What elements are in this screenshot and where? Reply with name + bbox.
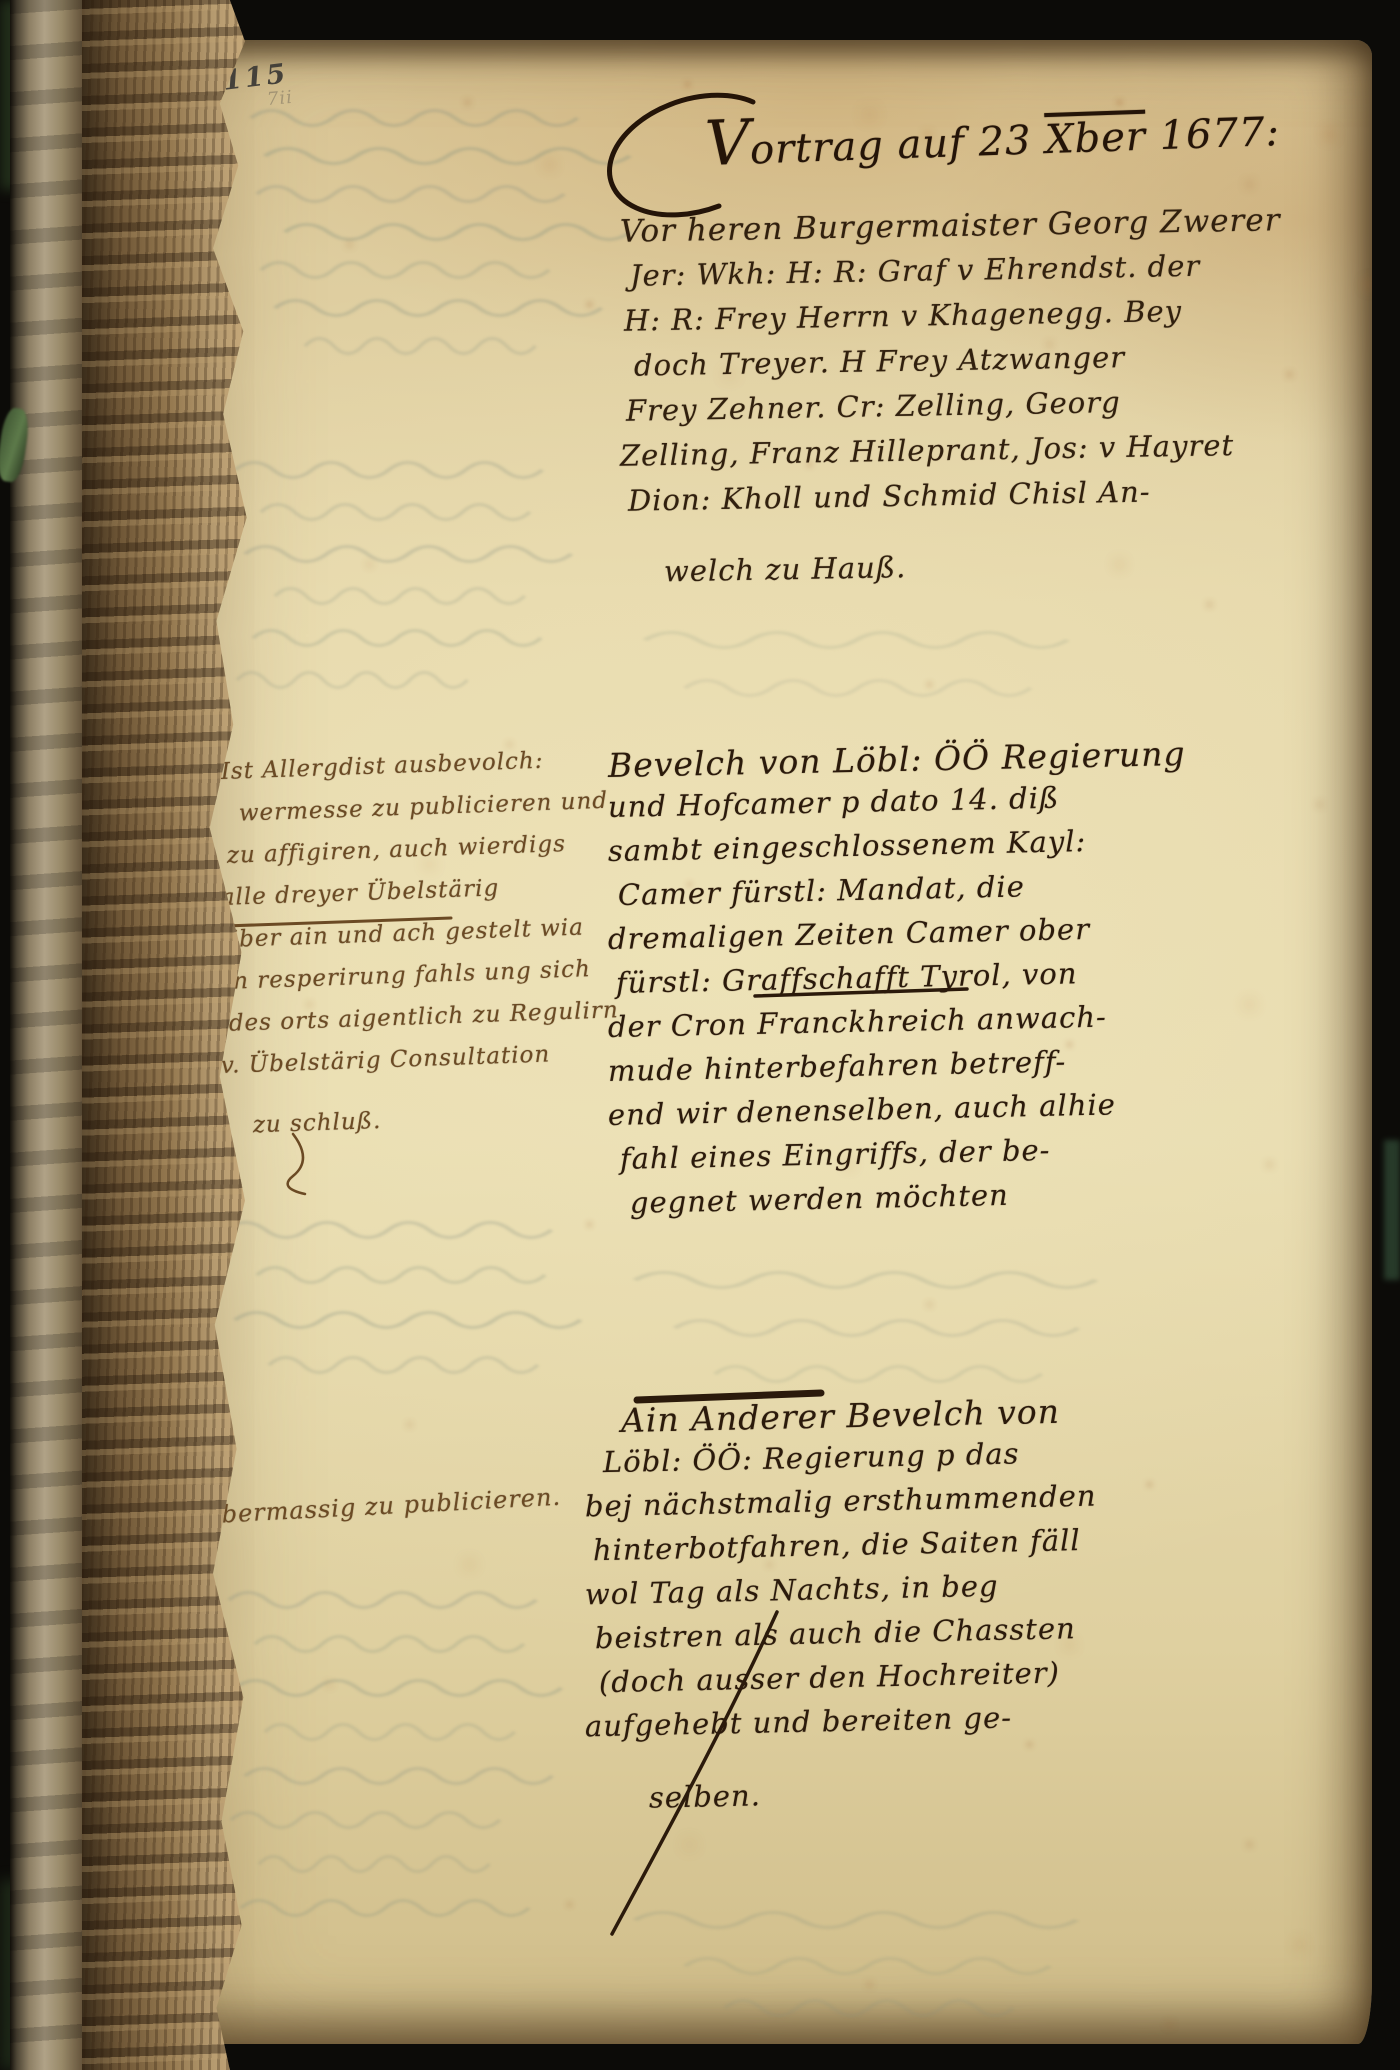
manuscript-line: aufgehebt und bereiten ge- [585, 1699, 1097, 1754]
manuscript-line: zu schluß. [252, 1100, 619, 1155]
torn-page-edges [82, 0, 250, 2070]
heading-month-abbr: Xber [1044, 114, 1146, 163]
decree-paragraph-second: Ain Anderer Bevelch von Löbl: ÖÖ: Regier… [585, 1396, 1097, 1820]
attendance-paragraph: Vor heren Burgermaister Georg Zwerer Jer… [620, 208, 1281, 594]
background-green-sliver-right [1384, 1140, 1400, 1280]
manuscript-photo: 115 7ii Vortrag auf 23 Xber 1677: Vor he… [0, 0, 1400, 2070]
heading-text: ortrag auf 23 [749, 117, 1046, 173]
heading-year: 1677: [1145, 109, 1281, 160]
manuscript-page: 115 7ii Vortrag auf 23 Xber 1677: Vor he… [165, 40, 1372, 2044]
margin-note-second: übermassig zu publicieren. [205, 1483, 562, 1530]
decree-paragraph-first: Bevelch von Löbl: ÖÖ Regierung und Hofca… [608, 740, 1186, 1224]
manuscript-line: selben. [649, 1771, 1097, 1824]
entry-heading: Vortrag auf 23 Xber 1677: [704, 104, 1280, 175]
heading-initial: V [704, 105, 751, 180]
margin-note-first: Ist Allergdist ausbevolch: wermesse zu p… [221, 752, 619, 1148]
manuscript-line: welch zu Hauß. [664, 544, 1281, 600]
page-number-faint-mark: 7ii [266, 87, 294, 110]
